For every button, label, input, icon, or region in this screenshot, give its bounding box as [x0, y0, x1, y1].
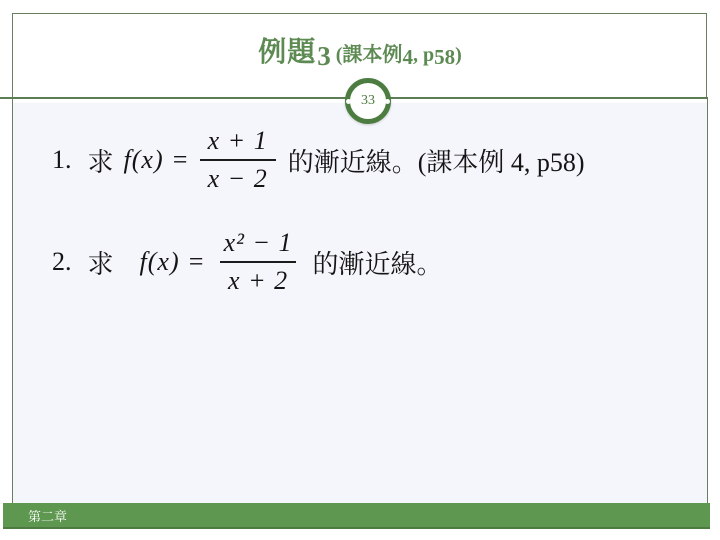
- page-number-badge: 33: [345, 78, 391, 124]
- title-ref-close: ): [455, 44, 462, 66]
- left-border-line: [12, 99, 13, 505]
- title-ref-number1: 4: [402, 45, 413, 69]
- footer-bar: 第二章: [3, 503, 710, 529]
- problem-2-fraction: x² − 1 x + 2: [216, 228, 301, 296]
- badge-notch-left: [346, 99, 351, 104]
- title-ref-number2: 58: [434, 45, 455, 69]
- slide: { "slide": { "title": { "main": "例題", "n…: [0, 0, 720, 540]
- problem-2-number: 2.: [52, 247, 72, 277]
- badge-notch-right: [385, 99, 390, 104]
- page-number: 33: [361, 93, 375, 109]
- problem-1: 1. 求 f(x) = x + 1 x − 2 的漸近線。(課本例 4, p58…: [52, 126, 585, 194]
- chapter-label: 第二章: [28, 506, 67, 525]
- problem-2: 2. 求 f(x) = x² − 1 x + 2 的漸近線。: [52, 228, 443, 296]
- slide-title: 例題3 (課本例4, p58): [12, 38, 708, 69]
- right-border-line: [707, 99, 708, 505]
- problem-2-function: f(x) =: [140, 247, 206, 277]
- problem-2-lead: 求: [88, 244, 114, 281]
- problem-2-numerator: x² − 1: [216, 228, 301, 261]
- title-ref-open: (課本例: [331, 44, 403, 66]
- title-example-number: 3: [317, 41, 331, 71]
- problem-2-denominator: x + 2: [220, 261, 296, 296]
- problem-1-lead: 求: [88, 142, 114, 179]
- title-main: 例題: [258, 37, 316, 68]
- problem-1-function: f(x) =: [124, 145, 190, 175]
- problem-1-tail: 的漸近線。(課本例 4, p58): [288, 142, 585, 179]
- problem-1-fraction: x + 1 x − 2: [200, 126, 276, 194]
- problem-2-tail: 的漸近線。: [313, 244, 443, 281]
- problem-1-denominator: x − 2: [200, 159, 276, 194]
- problem-1-numerator: x + 1: [200, 126, 276, 159]
- problem-1-number: 1.: [52, 145, 72, 175]
- title-ref-mid: , p: [413, 44, 434, 66]
